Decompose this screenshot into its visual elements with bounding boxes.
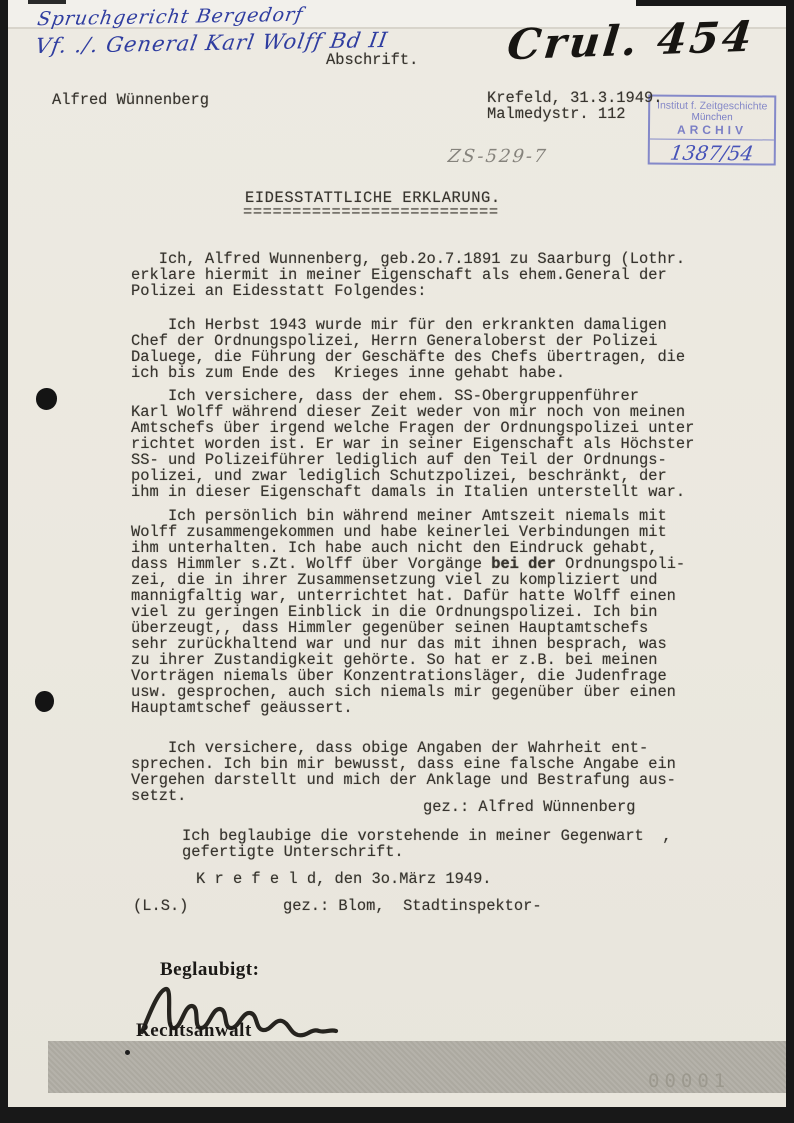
pencil-reference-number: ZS-529-7 [447, 146, 549, 167]
punch-hole-top [36, 388, 57, 410]
paragraph-truth-declaration: Ich versichere, dass obige Angaben der W… [131, 740, 676, 804]
ink-speck [125, 1050, 130, 1055]
ls-seal-label: (L.S.) [133, 898, 188, 914]
document-scan: 00001 Spruchgericht Bergedorf Vf. ./. Ge… [0, 0, 794, 1123]
faint-serial-number: 00001 [648, 1070, 730, 1092]
copy-label: Abschrift. [326, 52, 418, 68]
paragraph-intro: Ich, Alfred Wunnenberg, geb.2o.7.1891 zu… [131, 251, 685, 299]
archive-stamp: Institut f. Zeitgeschichte München ARCHI… [648, 94, 777, 165]
scan-edge-right [786, 0, 794, 1123]
paragraph-personal-statement-end: Ordnungspoli- zei, die in ihrer Zusammen… [131, 555, 685, 717]
closing-date-line: K r e f e l d, den 3o.März 1949. [196, 871, 492, 887]
signature-line-notary: gez.: Blom, Stadtinspektor- [283, 898, 542, 914]
stamp-archive-line: ARCHIV [650, 122, 774, 140]
declarant-name: Alfred Wünnenberg [52, 92, 209, 108]
handwritten-ink-number: Crul. 454 [505, 12, 757, 70]
paragraph-personal-statement: Ich persönlich bin während meiner Amtsze… [131, 508, 685, 716]
paragraph-appointment: Ich Herbst 1943 wurde mir für den erkran… [131, 317, 685, 381]
signature-line-declarant: gez.: Alfred Wünnenberg [423, 799, 635, 815]
punch-hole-bottom [35, 691, 54, 712]
scan-edge-left [0, 0, 8, 1123]
scan-edge-top-left [28, 0, 66, 4]
scan-edge-top-right [636, 0, 794, 6]
certifier-role-stamp: Rechtsanwalt [136, 1020, 252, 1042]
street-address: Malmedystr. 112 [487, 105, 626, 123]
stamp-handwritten-number: 1387/54 [648, 140, 776, 165]
title-underline: ========================== [243, 204, 499, 220]
certified-stamp-label: Beglaubigt: [160, 959, 259, 981]
paragraph-assurance-wolff: Ich versichere, dass der ehem. SS-Obergr… [131, 388, 694, 500]
handwritten-court-note: Spruchgericht Bergedorf [36, 4, 305, 31]
stamp-institute-line: Institut f. Zeitgeschichte [650, 99, 774, 112]
attestation-paragraph: Ich beglaubige die vorstehende in meiner… [182, 828, 672, 860]
scan-edge-bottom [0, 1107, 794, 1123]
place-date-address: Krefeld, 31.3.1949. Malmedystr. 112 [487, 90, 662, 122]
